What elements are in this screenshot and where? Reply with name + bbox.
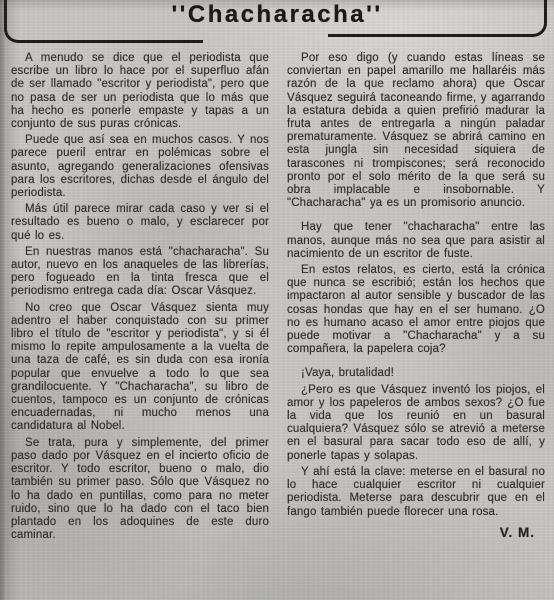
paragraph: Por eso digo (y cuando estas líneas se c… [287,52,545,210]
article-body: A menudo se dice que el periodista que e… [11,52,545,600]
article-title: ''Chacharacha'' [0,1,554,29]
paragraph: No creo que Oscar Vásquez sienta muy ade… [11,302,269,434]
paragraph: Más útil parece mirar cada caso y ver si… [11,203,269,243]
paragraph: En nuestras manos está "chacharacha". Su… [11,246,269,299]
paragraph: Y ahí está la clave: meterse en el basur… [287,466,545,519]
right-column: Por eso digo (y cuando estas líneas se c… [287,52,545,600]
paragraph: ¡Vaya, brutalidad! [287,367,545,380]
paragraph: En estos relatos, es cierto, está la cró… [287,264,545,356]
paragraph: ¿Pero es que Vásquez inventó los piojos,… [287,384,545,463]
paragraph: Hay que tener "chacharacha" entre las ma… [287,221,545,261]
paragraph: Puede que así sea en muchos casos. Y nos… [11,134,269,200]
paragraph: Se trata, pura y simplemente, del primer… [11,437,269,543]
newspaper-clipping: ''Chacharacha'' A menudo se dice que el … [0,0,554,600]
left-column: A menudo se dice que el periodista que e… [11,52,269,600]
author-initials: V. M. [287,525,545,540]
paragraph: A menudo se dice que el periodista que e… [11,52,269,131]
